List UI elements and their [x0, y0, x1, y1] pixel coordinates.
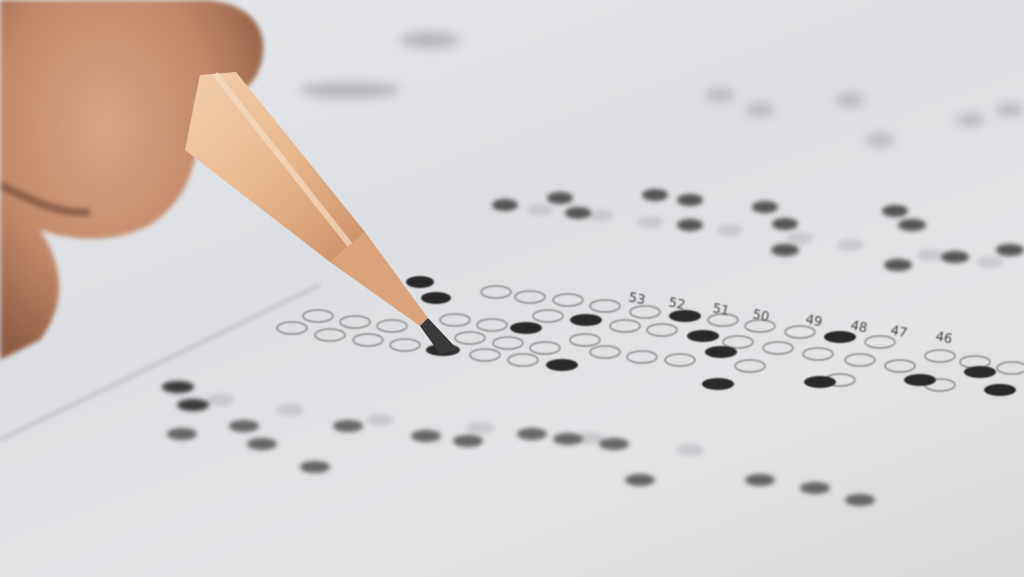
pencil-icon — [0, 0, 1024, 577]
photo-scene: 53 52 51 50 49 48 47 46 — [0, 0, 1024, 577]
